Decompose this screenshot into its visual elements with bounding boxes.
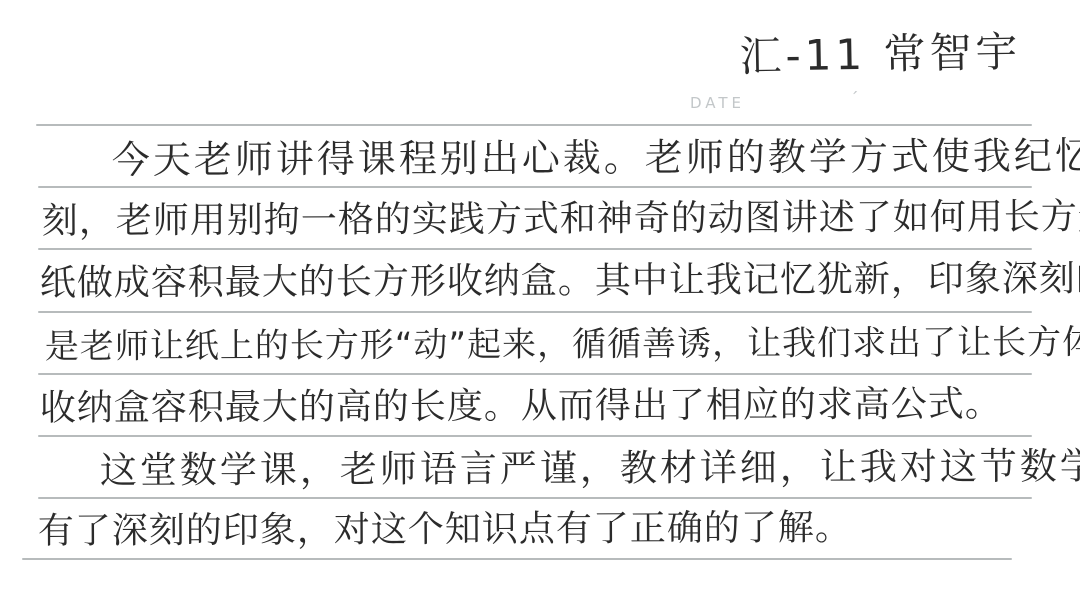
handwritten-line-2: 刻，老师用别拘一格的实践方式和神奇的动图讲述了如何用长方形 (42, 188, 1080, 251)
ruled-line (36, 124, 1032, 126)
handwritten-line-5: 收纳盒容积最大的高的长度。从而得出了相应的求高公式。 (40, 376, 1002, 438)
date-label: DATE (690, 94, 745, 112)
stray-pen-mark: ′ (850, 88, 858, 109)
handwritten-note-page: 汇-11 常智宇 DATE ′ 今天老师讲得课程别出心裁。老师的教学方式使我纪忆… (0, 0, 1080, 613)
handwritten-line-7: 有了深刻的印象，对这个知识点有了正确的了解。 (38, 499, 852, 561)
handwritten-line-3: 纸做成容积最大的长方形收纳盒。其中让我记忆犹新，印象深刻的 (40, 250, 1080, 313)
handwritten-line-4: 是老师让纸上的长方形“动”起来，循循善诱，让我们求出了让长方体 (45, 313, 1080, 376)
handwritten-line-6: 这堂数学课，老师语言严谨，教材详细，让我对这节数学课 (100, 437, 1080, 500)
student-signature: 汇-11 常智宇 (739, 19, 1022, 84)
handwritten-line-1: 今天老师讲得课程别出心裁。老师的教学方式使我纪忆深 (112, 127, 1080, 189)
